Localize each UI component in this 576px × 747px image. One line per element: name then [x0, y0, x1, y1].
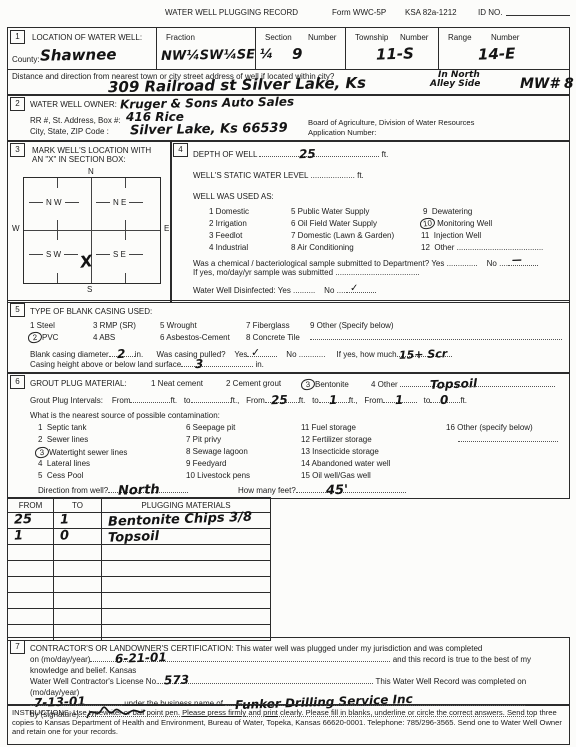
direction-blank: North	[108, 485, 188, 493]
interval2-to-value: 1	[329, 396, 338, 405]
section-1-location: 1 LOCATION OF WATER WELL: County: Shawne…	[7, 27, 570, 96]
section-3-number: 3	[10, 143, 25, 157]
circled-3-source-mark: 3	[34, 446, 49, 458]
source-option-5: 5 Cess Pool	[38, 471, 83, 480]
depth-value: 25	[299, 150, 316, 160]
section-4-number: 4	[173, 143, 188, 157]
section-6-number: 6	[10, 375, 25, 389]
interval2-from-blank: 25	[265, 395, 299, 403]
casing-option-rmp: 3 RMP (SR)	[93, 321, 136, 330]
height-blank: 3	[181, 359, 253, 367]
section-6-grout: 6 GROUT PLUG MATERIAL: 1 Neat cement 2 C…	[7, 372, 570, 499]
use-option-8: 8 Air Conditioning	[291, 243, 354, 252]
table-row	[8, 545, 271, 561]
table-header-to: TO	[54, 498, 102, 513]
county-label: County:	[12, 55, 40, 64]
row2-to: 0	[54, 527, 101, 544]
circled-10-mark: 10	[419, 217, 435, 229]
direction-line: Direction from well?North	[38, 485, 188, 495]
source-option-16: 16 Other (specify below)	[446, 423, 533, 432]
form-number: Form WWC-5P	[332, 8, 386, 17]
source-option-14: 14 Abandoned water well	[301, 459, 390, 468]
use-option-11: 11 Injection Well	[421, 231, 481, 240]
casing-option-steel: 1 Steel	[30, 321, 55, 330]
use-option-10-selected: 10 Monitoring Well	[420, 218, 492, 229]
completed-date-value: 6-21-01	[115, 652, 167, 665]
agency-label: Board of Agriculture, Division of Water …	[308, 118, 474, 127]
contamination-question: What is the nearest source of possible c…	[30, 411, 220, 420]
well-used-as-label: WELL WAS USED AS:	[193, 192, 274, 201]
id-number-label: ID NO.	[478, 8, 502, 17]
county-value: Shawnee	[40, 45, 117, 64]
section-5-casing: 5 TYPE OF BLANK CASING USED: 1 Steel 3 R…	[7, 300, 570, 374]
interval3-from-blank: 1	[383, 395, 417, 403]
interval3-from-value: 1	[395, 396, 404, 405]
diameter-blank: 2	[109, 349, 135, 357]
source-option-1: 1 Septic tank	[38, 423, 86, 432]
casing-option-other: 9 Other (Specify below)	[310, 321, 394, 330]
owner-value: Kruger & Sons Auto Sales	[120, 94, 294, 111]
table-header-from: FROM	[8, 498, 54, 513]
form-title: WATER WELL PLUGGING RECORD	[165, 8, 298, 17]
print-underlined: print	[263, 708, 278, 717]
use-option-12: 12 Other ...............................…	[421, 243, 543, 252]
section-6-title: GROUT PLUG MATERIAL:	[30, 379, 127, 388]
source-option-13: 13 Insecticide storage	[301, 447, 379, 456]
section-4-well-info: 4 DEPTH OF WELL 25 ft. WELL'S STATIC WAT…	[170, 140, 570, 303]
interval2-from-value: 25	[271, 396, 288, 406]
quadrant-nw: N W	[29, 198, 79, 207]
circled-2-mark: 2	[27, 331, 42, 343]
casing-detail-line: Blank casing diameter2in. Was casing pul…	[30, 349, 452, 359]
source-option-8: 8 Sewage lagoon	[186, 447, 248, 456]
owner-label: WATER WELL OWNER:	[30, 100, 117, 109]
grout-option-neat: 1 Neat cement	[151, 379, 203, 388]
source-option-3-selected: 3Watertight sewer lines	[35, 447, 127, 458]
instructions-box: INSTRUCTIONS: Use typewriter or ball poi…	[7, 704, 570, 745]
fraction-value: NW¼SW¼SE ¼	[161, 47, 273, 64]
fraction-label: Fraction	[166, 33, 195, 42]
section-7-certification: 7 CONTRACTOR'S OR LANDOWNER'S CERTIFICAT…	[7, 637, 570, 706]
section-1-title: LOCATION OF WATER WELL:	[32, 33, 142, 42]
well-id-value: MW# 8	[520, 76, 574, 92]
street-address-value: 309 Railroad st Silver Lake, Ks	[108, 74, 366, 97]
section-2-owner: 2 WATER WELL OWNER: Kruger & Sons Auto S…	[7, 94, 570, 142]
owner-address-label: RR #, St. Address, Box #:	[30, 116, 121, 125]
use-option-7: 7 Domestic (Lawn & Garden)	[291, 231, 394, 240]
use-option-5: 5 Public Water Supply	[291, 207, 369, 216]
diameter-value: 2	[117, 350, 126, 359]
section-3-location-sketch: 3 MARK WELL'S LOCATION WITH AN "X" IN SE…	[7, 140, 172, 303]
table-row	[8, 593, 271, 609]
height-value: 3	[195, 360, 204, 369]
casing-option-fiberglass: 7 Fiberglass	[246, 321, 290, 330]
row2-from: 1	[8, 527, 53, 544]
row1-to: 1	[54, 511, 101, 528]
quadrant-ne: N E	[96, 198, 143, 207]
pulled-yes-blank: ✓	[247, 349, 277, 357]
section-5-title: TYPE OF BLANK CASING USED:	[30, 307, 152, 316]
township-number-word: Number	[400, 33, 428, 42]
section-3-title-line2: AN "X" IN SECTION BOX:	[32, 155, 126, 164]
chem-no-mark: —	[512, 256, 522, 265]
chem-sample-question: Was a chemical / bacteriological sample …	[193, 258, 538, 268]
pulled-yes-mark: ✓	[251, 348, 261, 357]
grout-option-bentonite-selected: 3Bentonite	[301, 379, 349, 390]
disinfected-no-blank: ✓	[346, 285, 376, 293]
source-option-15: 15 Oil well/Gas well	[301, 471, 371, 480]
plugging-materials-table: FROM TO PLUGGING MATERIALS 25 1 Bentonit…	[7, 497, 271, 641]
statute-number: KSA 82a-1212	[405, 8, 457, 17]
owner-city-value: Silver Lake, Ks 66539	[130, 121, 288, 139]
source-option-10: 10 Livestock pens	[186, 471, 250, 480]
quadrant-sw: S W	[29, 250, 78, 259]
source-option-6: 6 Seepage pit	[186, 423, 235, 432]
feet-value: 45'	[326, 486, 348, 496]
casing-height-line: Casing height above or below land surfac…	[30, 359, 264, 369]
water-well-plugging-record-form: WATER WELL PLUGGING RECORD Form WWC-5P K…	[0, 0, 576, 747]
use-option-3: 3 Feedlot	[209, 231, 242, 240]
compass-n-label: N	[88, 167, 94, 176]
table-row	[8, 577, 271, 593]
source-other-blank	[458, 441, 558, 442]
sample-submitted-line: If yes, mo/day/yr sample was submitted .…	[193, 268, 420, 277]
press-firmly-underlined: Please press firmly	[182, 708, 246, 717]
owner-city-label: City, State, ZIP Code :	[30, 127, 109, 136]
quadrant-se: S E	[96, 250, 143, 259]
use-option-9: 9 Dewatering	[423, 207, 472, 216]
grout-intervals-line: Grout Plug Intervals: Fromft. toft., Fro…	[30, 395, 467, 405]
feet-line: How many feet?45'	[238, 485, 406, 495]
source-option-2: 2 Sewer lines	[38, 435, 88, 444]
casing-option-concrete: 8 Concrete Tile	[246, 333, 300, 342]
row1-from: 25	[8, 511, 53, 528]
interval3-to-blank: 0	[430, 395, 460, 403]
compass-w-label: W	[12, 224, 20, 233]
how-much-value: 15+ Scr	[398, 349, 447, 360]
range-value: 14-E	[478, 44, 516, 63]
source-option-4: 4 Lateral lines	[38, 459, 90, 468]
use-option-2: 2 Irrigation	[209, 219, 247, 228]
casing-option-pvc-selected: 2PVC	[28, 332, 58, 343]
instructions-text: INSTRUCTIONS: Use typewriter or ball poi…	[12, 708, 564, 737]
grout-option-other: 4 Other Topsoil	[371, 379, 555, 389]
casing-option-asbestos: 6 Asbestos-Cement	[160, 333, 230, 342]
license-blank: 573	[158, 676, 373, 684]
well-location-x-mark: X	[79, 251, 94, 272]
use-option-6: 6 Oil Field Water Supply	[291, 219, 377, 228]
address-note-line2: Alley Side	[430, 79, 480, 89]
source-option-12: 12 Fertilizer storage	[301, 435, 372, 444]
section-number-word: Number	[308, 33, 336, 42]
static-water-level-line: WELL'S STATIC WATER LEVEL ..............…	[193, 171, 364, 180]
circled-3-mark: 3	[300, 378, 315, 390]
table-row	[8, 609, 271, 625]
source-option-7: 7 Pit privy	[186, 435, 221, 444]
id-number-blank	[506, 15, 570, 16]
township-value: 11-S	[376, 44, 415, 63]
direction-value: North	[118, 485, 160, 495]
range-number-word: Number	[491, 33, 519, 42]
section-2-number: 2	[10, 97, 25, 111]
casing-option-abs: 4 ABS	[93, 333, 115, 342]
license-value: 573	[164, 675, 189, 687]
grout-option-cement: 2 Cement grout	[226, 379, 281, 388]
compass-e-label: E	[164, 224, 169, 233]
section-7-number: 7	[10, 640, 25, 654]
how-much-blank: 15+ Scr	[397, 349, 452, 357]
grout-other-value: Topsoil	[430, 379, 477, 390]
section-5-number: 5	[10, 303, 25, 317]
table-row	[8, 561, 271, 577]
feet-blank: 45'	[296, 485, 406, 493]
section-label: Section	[265, 33, 292, 42]
table-row: 1 0 Topsoil	[8, 529, 271, 545]
section-3-title-line1: MARK WELL'S LOCATION WITH	[32, 146, 151, 155]
township-label: Township	[355, 33, 388, 42]
range-label: Range	[448, 33, 472, 42]
use-option-4: 4 Industrial	[209, 243, 248, 252]
grout-other-blank: Topsoil	[400, 379, 555, 387]
completed-date-blank: 6-21-01	[90, 654, 390, 662]
chem-no-blank: —	[508, 258, 538, 266]
section-box-grid: N W N E S W S E X	[23, 177, 161, 284]
depth-blank: 25	[259, 149, 379, 157]
interval2-to-blank: 1	[319, 395, 349, 403]
casing-other-blank	[310, 339, 562, 340]
application-number-label: Application Number:	[308, 128, 376, 137]
use-option-1: 1 Domestic	[209, 207, 249, 216]
depth-of-well-line: DEPTH OF WELL 25 ft.	[193, 149, 388, 159]
casing-option-wrought: 5 Wrought	[160, 321, 197, 330]
disinfected-no-mark: ✓	[349, 284, 358, 293]
section-1-number: 1	[10, 30, 25, 44]
source-option-11: 11 Fuel storage	[301, 423, 356, 432]
compass-s-label: S	[87, 285, 92, 294]
disinfected-line: Water Well Disinfected: Yes .......... N…	[193, 285, 376, 295]
interval3-to-value: 0	[440, 396, 449, 405]
source-option-9: 9 Feedyard	[186, 459, 226, 468]
section-value: 9	[292, 45, 302, 63]
